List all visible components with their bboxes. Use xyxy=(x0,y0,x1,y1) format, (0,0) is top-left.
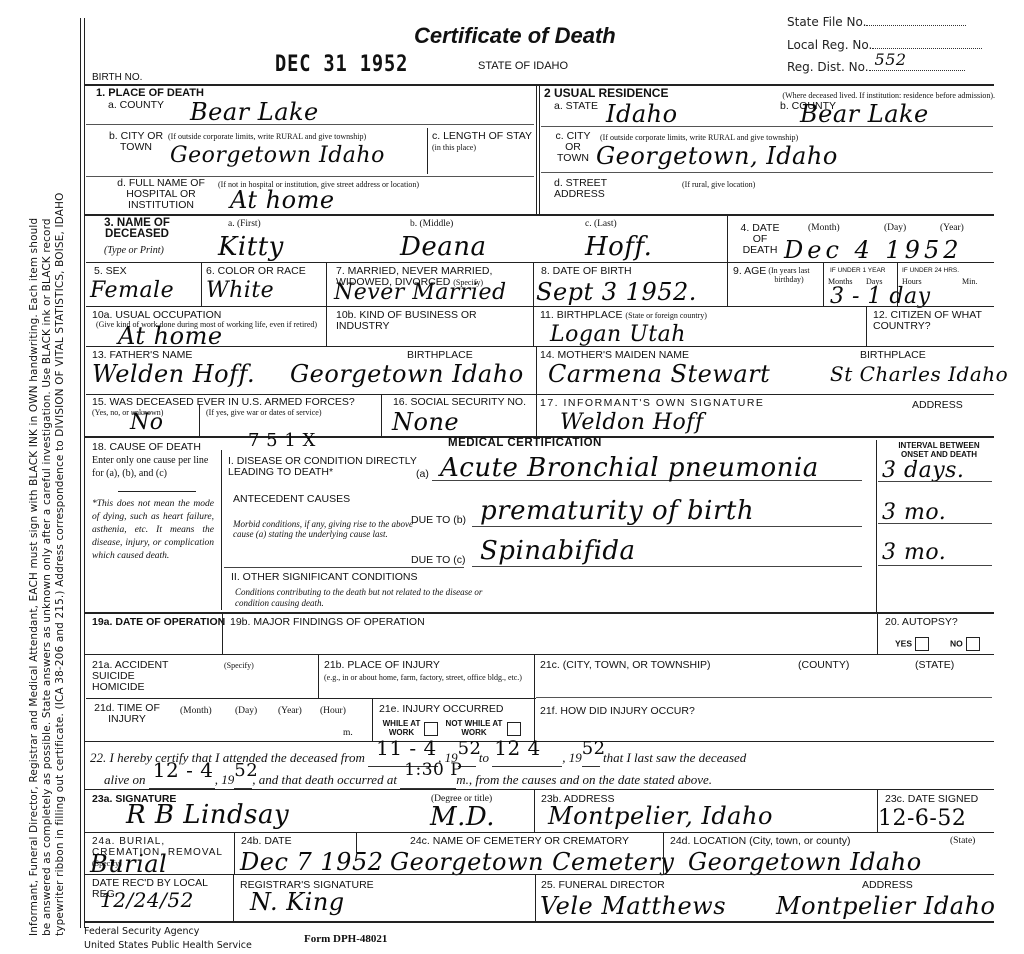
injury-how-label: 21f. HOW DID INJURY OCCUR? xyxy=(540,706,695,717)
age-note: (In years last birthday) xyxy=(764,266,814,284)
birthplace-value: Logan Utah xyxy=(550,322,686,347)
hospital-value: At home xyxy=(230,186,335,214)
not-while-at-work-label: NOT WHILE AT WORK xyxy=(444,719,504,737)
injury-occurred-label: 21e. INJURY OCCURRED xyxy=(379,704,503,715)
date-of-birth-value: Sept 3 1952. xyxy=(536,278,697,306)
min-label: Min. xyxy=(962,277,977,286)
cause-of-death-label: 18. CAUSE OF DEATH xyxy=(92,442,201,453)
under-24-hrs-label: IF UNDER 24 HRS. xyxy=(902,265,959,276)
sex-label: 5. SEX xyxy=(94,266,127,277)
injury-hour: (Hour) xyxy=(320,706,346,717)
instruction-line-1: Informant, Funeral Director, Registrar a… xyxy=(0,0,41,954)
form-number: Form DPH-48021 xyxy=(304,934,387,945)
injury-type-label: 21a. ACCIDENT SUICIDE HOMICIDE xyxy=(92,660,172,693)
deceased-name-label: 3. NAME OF DECEASED xyxy=(94,218,180,240)
cause-a-value: Acute Bronchial pneumonia xyxy=(440,453,819,483)
residence-city-note: (If outside corporate limits, write RURA… xyxy=(600,133,798,142)
cemetery-value: Georgetown Cemetery xyxy=(390,848,675,876)
burial-date-value: Dec 7 1952 xyxy=(240,848,384,876)
ssn-value: None xyxy=(392,408,459,436)
received-date-stamp: DEC 31 1952 xyxy=(275,52,408,77)
interval-a-value: 3 days. xyxy=(882,458,964,483)
funeral-director-address-value: Montpelier Idaho xyxy=(776,892,995,920)
injury-month: (Month) xyxy=(180,706,212,717)
certification-line-2: alive on 12 - 4 , 1952 , and that death … xyxy=(104,772,712,789)
cause-instructions: Enter only one cause per line for (a), (… xyxy=(92,454,212,480)
date-signed-label: 23c. DATE SIGNED xyxy=(885,794,978,805)
residence-street-label: d. STREET ADDRESS xyxy=(554,178,614,200)
death-city-value: Georgetown Idaho xyxy=(170,143,385,168)
state-subtitle: STATE OF IDAHO xyxy=(478,61,568,72)
death-city-label: b. CITY OR TOWN xyxy=(108,131,164,153)
autopsy-label: 20. AUTOPSY? xyxy=(885,617,958,628)
reg-dist-no-value: 552 xyxy=(875,50,907,69)
dod-day-label: (Day) xyxy=(884,223,906,234)
date-of-birth-label: 8. DATE OF BIRTH xyxy=(541,266,632,277)
residence-county-value: Bear Lake xyxy=(800,100,929,128)
deceased-name-note: (Type or Print) xyxy=(104,245,164,256)
injury-place-label: 21b. PLACE OF INJURY xyxy=(324,660,440,671)
date-of-death-value: Dec 4 1952 xyxy=(784,236,963,264)
residence-city-value: Georgetown, Idaho xyxy=(596,142,838,170)
marital-status-value: Never Married xyxy=(334,280,507,305)
informant-address-label: ADDRESS xyxy=(912,400,963,411)
autopsy-no-checkbox[interactable] xyxy=(966,637,980,651)
footer-agency-2: United States Public Health Service xyxy=(84,940,252,951)
age-label: 9. AGE xyxy=(733,266,766,277)
hospital-label: d. FULL NAME OF HOSPITAL OR INSTITUTION xyxy=(106,178,216,211)
last-name-value: Hoff. xyxy=(585,232,652,262)
place-of-death-label: 1. PLACE OF DEATH xyxy=(96,88,204,99)
residence-street-note: (If rural, give location) xyxy=(682,180,755,189)
while-at-work-label: WHILE AT WORK xyxy=(379,719,424,737)
middle-name-label: b. (Middle) xyxy=(410,219,453,230)
under-1-year-label: IF UNDER 1 YEAR xyxy=(830,265,886,276)
reg-dist-no: Reg. Dist. No.552 xyxy=(787,60,965,74)
date-signed-value: 12-6-52 xyxy=(878,806,966,831)
armed-forces-label: 15. WAS DECEASED EVER IN U.S. ARMED FORC… xyxy=(92,397,355,408)
usual-residence-label: 2 USUAL RESIDENCE xyxy=(544,88,668,99)
mother-name-value: Carmena Stewart xyxy=(548,360,770,388)
informant-signature-label: 17. INFORMANT'S OWN SIGNATURE xyxy=(540,398,764,409)
sex-value: Female xyxy=(90,278,174,303)
cause-b-marker: DUE TO (b) xyxy=(411,515,466,526)
funeral-director-label: 25. FUNERAL DIRECTOR xyxy=(541,880,665,891)
death-city-note: (If outside corporate limits, write RURA… xyxy=(168,132,418,141)
certificate-title: Certificate of Death xyxy=(414,23,616,49)
mother-birthplace-label: BIRTHPLACE xyxy=(860,350,926,361)
autopsy-no[interactable]: NO xyxy=(950,637,980,651)
residence-state-label: a. STATE xyxy=(554,101,598,112)
last-name-label: c. (Last) xyxy=(585,219,617,230)
date-of-death-label: 4. DATE OF DEATH xyxy=(735,223,785,256)
burial-date-label: 24b. DATE xyxy=(241,836,292,847)
ssn-label: 16. SOCIAL SECURITY NO. xyxy=(388,397,526,408)
date-received-value: 12/24/52 xyxy=(100,888,194,912)
not-while-at-work-checkbox[interactable] xyxy=(507,722,521,736)
birthplace-label: 11. BIRTHPLACE (State or foreign country… xyxy=(540,310,707,321)
first-name-label: a. (First) xyxy=(228,219,261,230)
medical-certification-title: MEDICAL CERTIFICATION xyxy=(448,438,602,449)
while-at-work-checkbox[interactable] xyxy=(424,722,438,736)
residence-state-value: Idaho xyxy=(606,100,678,128)
injury-type-specify: (Specify) xyxy=(224,661,254,670)
usual-residence-note: (Where deceased lived. If institution: r… xyxy=(705,91,995,100)
part2-note: Conditions contributing to the death but… xyxy=(235,587,485,609)
instruction-line-3: typewriter ribbon in filling out certifi… xyxy=(54,0,67,954)
injury-year: (Year) xyxy=(278,706,302,717)
footer-agency-1: Federal Security Agency xyxy=(84,926,199,937)
interval-b-value: 3 mo. xyxy=(882,500,946,525)
armed-forces-value: No xyxy=(130,410,164,435)
dod-month-label: (Month) xyxy=(808,223,840,234)
autopsy-yes[interactable]: YES xyxy=(895,637,929,651)
operation-date-label: 19a. DATE OF OPERATION xyxy=(92,617,225,628)
injury-county-label: (COUNTY) xyxy=(798,660,849,671)
informant-signature-value: Weldon Hoff xyxy=(560,410,704,435)
color-race-label: 6. COLOR OR RACE xyxy=(206,266,306,277)
physician-signature: R B Lindsay xyxy=(126,800,289,830)
code-annotation: 7 5 1 X xyxy=(248,430,316,451)
injury-city-label: 21c. (CITY, TOWN, OR TOWNSHIP) xyxy=(540,660,711,671)
cause-c-marker: DUE TO (c) xyxy=(411,555,465,566)
injury-time-label: 21d. TIME OF INJURY xyxy=(92,703,162,725)
injury-day: (Day) xyxy=(235,706,257,717)
part1-label: I. DISEASE OR CONDITION DIRECTLY LEADING… xyxy=(228,456,418,478)
registrar-signature-value: N. King xyxy=(250,888,345,916)
funeral-director-address-label: ADDRESS xyxy=(862,880,913,891)
funeral-director-value: Vele Matthews xyxy=(540,892,726,920)
burial-location-label: 24d. LOCATION (City, town, or county) xyxy=(670,836,851,847)
death-county-label: a. COUNTY xyxy=(108,100,164,111)
cause-a-marker: (a) xyxy=(416,469,429,480)
cause-b-value: prematurity of birth xyxy=(480,496,754,526)
burial-location-state-label: (State) xyxy=(950,836,975,847)
physician-address-value: Montpelier, Idaho xyxy=(548,802,773,830)
first-name-value: Kitty xyxy=(218,232,284,262)
mother-birthplace-value: St Charles Idaho xyxy=(830,362,1008,386)
autopsy-yes-checkbox[interactable] xyxy=(915,637,929,651)
armed-forces-note-2: (If yes, give war or dates of service) xyxy=(206,408,322,417)
operation-findings-label: 19b. MAJOR FINDINGS OF OPERATION xyxy=(230,617,425,628)
part2-label: II. OTHER SIGNIFICANT CONDITIONS xyxy=(231,572,417,583)
injury-m: m. xyxy=(343,728,353,739)
margin-instructions: Informant, Funeral Director, Registrar a… xyxy=(0,0,78,954)
interval-label: INTERVAL BETWEEN ONSET AND DEATH xyxy=(884,441,994,459)
middle-name-value: Deana xyxy=(400,232,486,262)
citizenship-label: 12. CITIZEN OF WHAT COUNTRY? xyxy=(873,310,998,332)
cause-footnote: *This does not mean the mode of dying, s… xyxy=(92,498,214,563)
color-race-value: White xyxy=(206,278,274,303)
injury-place-note: (e.g., in or about home, farm, factory, … xyxy=(324,673,534,682)
father-birthplace-value: Georgetown Idaho xyxy=(290,360,524,388)
antecedent-label: ANTECEDENT CAUSES xyxy=(233,494,350,505)
antecedent-note: Morbid conditions, if any, giving rise t… xyxy=(233,519,413,539)
state-file-no: State File No. xyxy=(787,15,966,29)
cause-c-value: Spinabifida xyxy=(480,536,636,566)
injury-state-label: (STATE) xyxy=(915,660,954,671)
death-county-value: Bear Lake xyxy=(190,98,319,126)
length-of-stay-label: c. LENGTH OF STAY (in this place) xyxy=(432,131,532,153)
interval-c-value: 3 mo. xyxy=(882,540,946,565)
dod-year-label: (Year) xyxy=(940,223,964,234)
birth-no-label: BIRTH NO. xyxy=(92,72,142,83)
instruction-line-2: be answered as completely as possible. S… xyxy=(41,0,54,954)
business-label: 10b. KIND OF BUSINESS OR INDUSTRY xyxy=(336,310,526,332)
cemetery-label: 24c. NAME OF CEMETERY OR CREMATORY xyxy=(410,836,629,847)
father-name-value: Welden Hoff. xyxy=(92,360,255,388)
burial-location-value: Georgetown Idaho xyxy=(688,848,922,876)
residence-city-label: c. CITY OR TOWN xyxy=(552,131,594,164)
degree-value: M.D. xyxy=(430,802,495,832)
